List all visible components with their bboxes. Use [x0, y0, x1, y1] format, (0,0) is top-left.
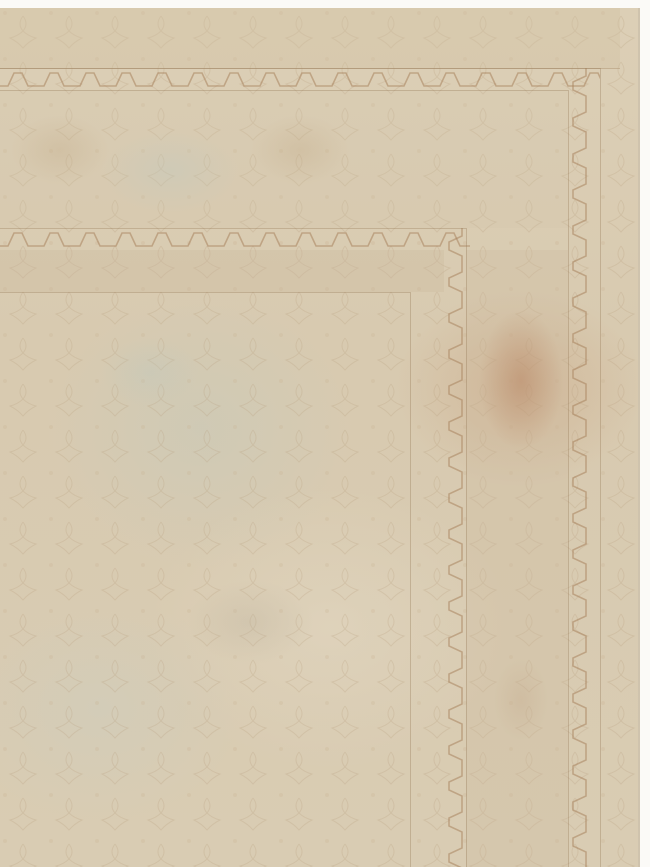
border-line: [568, 90, 569, 867]
rug-photo: [0, 0, 650, 867]
zigzag-guard-right-outer: [568, 68, 590, 867]
inner-guard-band: [0, 250, 444, 292]
zigzag-guard-right-inner: [444, 228, 466, 867]
outer-border-top: [0, 8, 620, 69]
border-line: [410, 292, 411, 867]
border-line: [0, 292, 410, 293]
border-line: [0, 228, 466, 229]
main-border-right: [466, 250, 568, 867]
main-border-top: [0, 90, 568, 228]
rug-field: [0, 292, 410, 867]
border-line: [0, 90, 568, 91]
zigzag-guard-top-outer: [0, 68, 600, 90]
border-line: [600, 68, 601, 867]
zigzag-guard-top-inner: [0, 228, 470, 250]
border-line: [0, 68, 600, 69]
border-line: [466, 228, 467, 867]
